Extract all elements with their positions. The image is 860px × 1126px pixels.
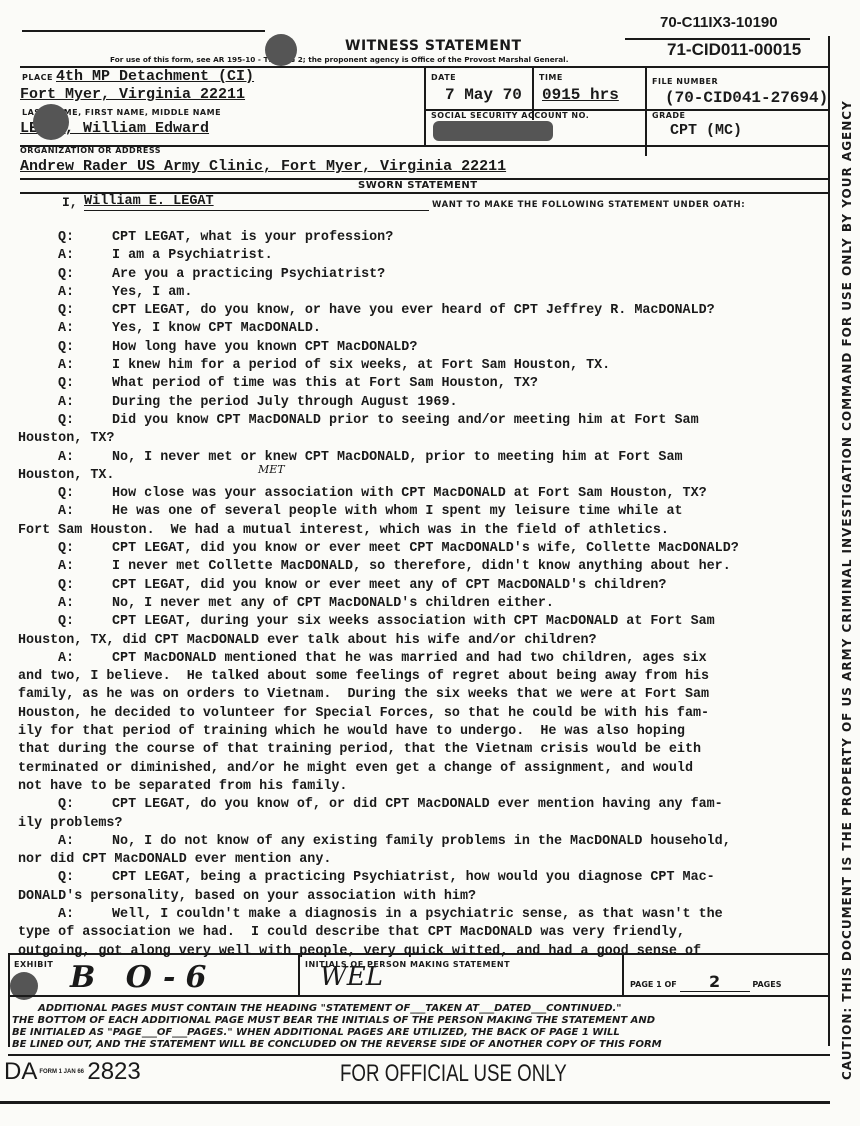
statement-line: terminated or diminished, and/or he migh… <box>18 760 830 778</box>
statement-line: Houston, TX? <box>18 430 830 448</box>
statement-text: and two, I believe. He talked about some… <box>18 669 709 684</box>
question-marker: Q: <box>58 869 112 887</box>
handwritten-correction-met: MET <box>258 463 285 476</box>
statement-text: family, as he was on orders to Vietnam. … <box>18 687 709 702</box>
footnote-line: BE INITIALED AS "PAGE___OF___PAGES." WHE… <box>12 1027 822 1039</box>
statement-line: Q:Did you know CPT MacDONALD prior to se… <box>18 412 830 430</box>
answer-marker: A: <box>58 247 112 265</box>
punch-hole-name <box>33 104 69 140</box>
footnote-line: BE LINED OUT, AND THE STATEMENT WILL BE … <box>12 1039 822 1051</box>
statement-text: not have to be separated from his family… <box>18 779 347 794</box>
place-line2: Fort Myer, Virginia 22211 <box>20 86 245 103</box>
statement-text: CPT LEGAT, being a practicing Psychiatri… <box>112 870 715 885</box>
answer-marker: A: <box>58 595 112 613</box>
statement-line: A:No, I never met or knew CPT MacDONALD,… <box>18 449 830 467</box>
place-line1: 4th MP Detachment (CI) <box>56 68 254 85</box>
page-label-suffix: PAGES <box>752 980 781 989</box>
form-title: WITNESS STATEMENT <box>345 38 522 54</box>
statement-line: A:I am a Psychiatrist. <box>18 247 830 265</box>
statement-line: Fort Sam Houston. We had a mutual intere… <box>18 522 830 540</box>
question-marker: Q: <box>58 229 112 247</box>
statement-line: Q:CPT LEGAT, during your six weeks assoc… <box>18 613 830 631</box>
statement-line: A:Well, I couldn't make a diagnosis in a… <box>18 906 830 924</box>
statement-line: Houston, he decided to volunteer for Spe… <box>18 705 830 723</box>
statement-text: CPT LEGAT, do you know of, or did CPT Ma… <box>112 797 723 812</box>
statement-line: DONALD's personality, based on your asso… <box>18 888 830 906</box>
statement-line: Q:CPT LEGAT, do you know, or have you ev… <box>18 302 830 320</box>
statement-text: CPT LEGAT, did you know or ever meet any… <box>112 578 666 593</box>
statement-line: outgoing, got along very well with peopl… <box>18 943 830 961</box>
statement-line: Q:CPT LEGAT, did you know or ever meet a… <box>18 577 830 595</box>
statement-text: He was one of several people with whom I… <box>112 504 683 519</box>
statement-line: and two, I believe. He talked about some… <box>18 668 830 686</box>
statement-line: not have to be separated from his family… <box>18 778 830 796</box>
statement-text: I am a Psychiatrist. <box>112 248 273 263</box>
place-label: PLACE <box>22 73 53 82</box>
statement-text: What period of time was this at Fort Sam… <box>112 376 538 391</box>
statement-text: Yes, I am. <box>112 285 192 300</box>
org-label: ORGANIZATION OR ADDRESS <box>20 146 161 155</box>
statement-text: terminated or diminished, and/or he migh… <box>18 761 693 776</box>
footnote-line: THE BOTTOM OF EACH ADDITIONAL PAGE MUST … <box>12 1015 822 1027</box>
form-id-prefix: DA <box>4 1058 37 1085</box>
file-number-value: (70-CID041-27694) <box>665 89 828 107</box>
grade-label: GRADE <box>652 111 686 120</box>
date-value: 7 May 70 <box>445 86 522 104</box>
doc-number-case: 71-CID011-00015 <box>667 40 801 60</box>
sworn-intro-prefix: I, <box>62 195 78 210</box>
statement-text: ily problems? <box>18 816 122 831</box>
time-label: TIME <box>539 73 563 82</box>
statement-line: Houston, TX, did CPT MacDONALD ever talk… <box>18 632 830 650</box>
footnote-instructions: ADDITIONAL PAGES MUST CONTAIN THE HEADIN… <box>12 1003 822 1051</box>
answer-marker: A: <box>58 503 112 521</box>
sworn-statement-heading: SWORN STATEMENT <box>358 180 478 191</box>
statement-text: Well, I couldn't make a diagnosis in a p… <box>112 907 723 922</box>
statement-line: A:Yes, I know CPT MacDONALD. <box>18 320 830 338</box>
question-marker: Q: <box>58 613 112 631</box>
statement-text: How close was your association with CPT … <box>112 486 707 501</box>
statement-line: Q:What period of time was this at Fort S… <box>18 375 830 393</box>
statement-line: Q:CPT LEGAT, do you know of, or did CPT … <box>18 796 830 814</box>
question-marker: Q: <box>58 577 112 595</box>
ssn-redaction <box>433 121 553 141</box>
statement-line: A:No, I never met any of CPT MacDONALD's… <box>18 595 830 613</box>
statement-text: DONALD's personality, based on your asso… <box>18 889 476 904</box>
statement-text: type of association we had. I could desc… <box>18 925 685 940</box>
statement-line: A:CPT MacDONALD mentioned that he was ma… <box>18 650 830 668</box>
statement-body: Q:CPT LEGAT, what is your profession?A:I… <box>18 229 830 961</box>
statement-text: How long have you known CPT MacDONALD? <box>112 340 417 355</box>
answer-marker: A: <box>58 650 112 668</box>
statement-line: A:No, I do not know of any existing fami… <box>18 833 830 851</box>
question-marker: Q: <box>58 302 112 320</box>
grade-value: CPT (MC) <box>670 122 742 139</box>
question-marker: Q: <box>58 375 112 393</box>
statement-line: A:I knew him for a period of six weeks, … <box>18 357 830 375</box>
statement-text: CPT LEGAT, what is your profession? <box>112 230 393 245</box>
statement-line: A:He was one of several people with whom… <box>18 503 830 521</box>
statement-text: During the period July through August 19… <box>112 395 458 410</box>
statement-text: No, I never met or knew CPT MacDONALD, p… <box>112 450 683 465</box>
statement-text: ily for that period of training which he… <box>18 724 685 739</box>
statement-line: nor did CPT MacDONALD ever mention any. <box>18 851 830 869</box>
statement-line: that during the course of that training … <box>18 741 830 759</box>
statement-text: I never met Collette MacDONALD, so there… <box>112 559 731 574</box>
question-marker: Q: <box>58 796 112 814</box>
answer-marker: A: <box>58 833 112 851</box>
total-pages: 2 <box>680 972 750 992</box>
answer-marker: A: <box>58 394 112 412</box>
statement-line: Q:CPT LEGAT, did you know or ever meet C… <box>18 540 830 558</box>
statement-line: Q:CPT LEGAT, being a practicing Psychiat… <box>18 869 830 887</box>
statement-line: Q:How long have you known CPT MacDONALD? <box>18 339 830 357</box>
ssn-label: SOCIAL SECURITY ACCOUNT NO. <box>431 111 589 120</box>
caution-side-text: CAUTION: THIS DOCUMENT IS THE PROPERTY O… <box>840 20 854 1080</box>
statement-text: Fort Sam Houston. We had a mutual intere… <box>18 523 669 538</box>
statement-line: family, as he was on orders to Vietnam. … <box>18 686 830 704</box>
statement-line: Q:CPT LEGAT, what is your profession? <box>18 229 830 247</box>
statement-line: Q:How close was your association with CP… <box>18 485 830 503</box>
statement-text: No, I never met any of CPT MacDONALD's c… <box>112 596 554 611</box>
answer-marker: A: <box>58 449 112 467</box>
sworn-intro-suffix: WANT TO MAKE THE FOLLOWING STATEMENT UND… <box>432 200 745 210</box>
statement-text: Houston, TX? <box>18 431 114 446</box>
statement-text: Houston, he decided to volunteer for Spe… <box>18 706 709 721</box>
form-number: 2823 <box>87 1058 140 1085</box>
page-count: PAGE 1 OF 2 PAGES <box>630 972 781 992</box>
org-value: Andrew Rader US Army Clinic, Fort Myer, … <box>20 158 506 175</box>
statement-line: A:Yes, I am. <box>18 284 830 302</box>
form-subtitle: For use of this form, see AR 195-10 - TB… <box>110 55 568 64</box>
question-marker: Q: <box>58 412 112 430</box>
statement-text: CPT LEGAT, did you know or ever meet CPT… <box>112 541 739 556</box>
statement-text: that during the course of that training … <box>18 742 701 757</box>
footnote-line: ADDITIONAL PAGES MUST CONTAIN THE HEADIN… <box>12 1003 822 1015</box>
statement-text: Houston, TX. <box>18 468 114 483</box>
answer-marker: A: <box>58 320 112 338</box>
question-marker: Q: <box>58 266 112 284</box>
answer-marker: A: <box>58 558 112 576</box>
time-value: 0915 hrs <box>542 86 619 104</box>
question-marker: Q: <box>58 485 112 503</box>
statement-text: CPT LEGAT, do you know, or have you ever… <box>112 303 715 318</box>
statement-text: Did you know CPT MacDONALD prior to seei… <box>112 413 699 428</box>
question-marker: Q: <box>58 540 112 558</box>
statement-line: ily problems? <box>18 815 830 833</box>
exhibit-value: B O-6 <box>70 960 216 995</box>
classification-banner: FOR OFFICIAL USE ONLY <box>340 1060 567 1088</box>
statement-line: ily for that period of training which he… <box>18 723 830 741</box>
statement-line: Q:Are you a practicing Psychiatrist? <box>18 266 830 284</box>
answer-marker: A: <box>58 284 112 302</box>
statement-line: type of association we had. I could desc… <box>18 924 830 942</box>
form-id: DAFORM 1 JAN 662823 <box>4 1058 141 1086</box>
statement-text: Yes, I know CPT MacDONALD. <box>112 321 321 336</box>
statement-text: Houston, TX, did CPT MacDONALD ever talk… <box>18 633 597 648</box>
statement-text: Are you a practicing Psychiatrist? <box>112 267 385 282</box>
initials-value: WEL <box>320 962 383 992</box>
exhibit-label: EXHIBIT <box>14 960 53 969</box>
page-label-prefix: PAGE 1 OF <box>630 980 677 989</box>
statement-text: outgoing, got along very well with peopl… <box>18 944 701 959</box>
answer-marker: A: <box>58 906 112 924</box>
statement-text: CPT LEGAT, during your six weeks associa… <box>112 614 715 629</box>
question-marker: Q: <box>58 339 112 357</box>
date-label: DATE <box>431 73 456 82</box>
file-number-label: FILE NUMBER <box>652 77 718 86</box>
statement-line: A:During the period July through August … <box>18 394 830 412</box>
statement-line: Houston, TX. <box>18 467 830 485</box>
statement-text: nor did CPT MacDONALD ever mention any. <box>18 852 331 867</box>
answer-marker: A: <box>58 357 112 375</box>
statement-line: A:I never met Collette MacDONALD, so the… <box>18 558 830 576</box>
statement-text: CPT MacDONALD mentioned that he was marr… <box>112 651 707 666</box>
statement-text: I knew him for a period of six weeks, at… <box>112 358 610 373</box>
form-id-small: FORM 1 JAN 66 <box>39 1069 85 1076</box>
doc-number-top: 70-C11IX3-10190 <box>660 14 778 31</box>
sworn-intro-name: William E. LEGAT <box>84 194 214 209</box>
punch-hole-top <box>265 34 297 66</box>
statement-text: No, I do not know of any existing family… <box>112 834 731 849</box>
